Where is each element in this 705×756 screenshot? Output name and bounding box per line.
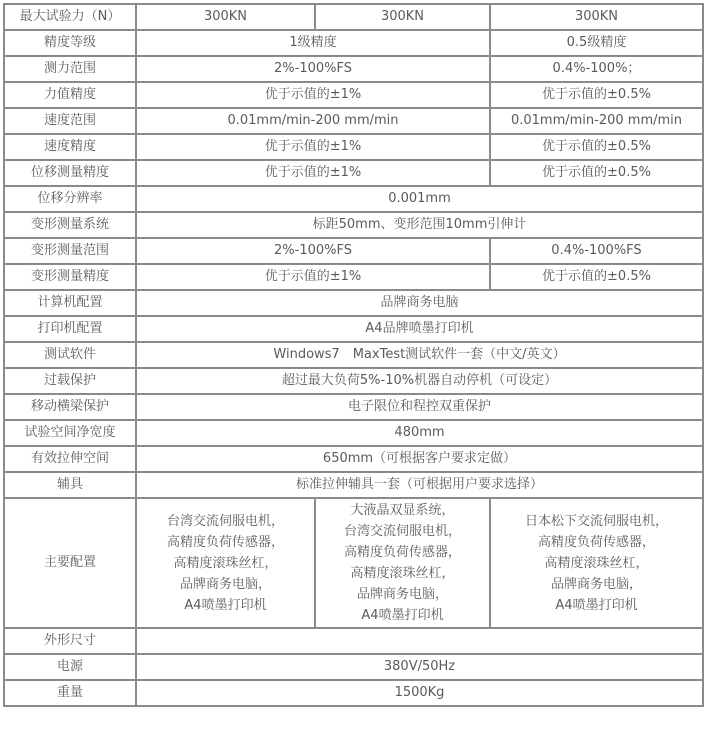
row-label: 外形尺寸 bbox=[4, 628, 136, 654]
cell-value: 0.01mm/min-200 mm/min bbox=[136, 108, 490, 134]
config-item: 高精度滚珠丝杠， bbox=[318, 563, 487, 584]
row-label: 打印机配置 bbox=[4, 316, 136, 342]
table-row: 速度范围 0.01mm/min-200 mm/min 0.01mm/min-20… bbox=[4, 108, 703, 134]
cell-value: 优于示值的±0.5% bbox=[490, 160, 703, 186]
cell-value: 0.4%-100%； bbox=[490, 56, 703, 82]
cell-value: 300KN bbox=[136, 4, 315, 30]
cell-value: 标准拉伸辅具一套（可根据用户要求选择） bbox=[136, 472, 703, 498]
table-row: 测试软件 Windows7 MaxTest测试软件一套（中文/英文） bbox=[4, 342, 703, 368]
row-label: 主要配置 bbox=[4, 498, 136, 628]
table-row: 计算机配置 品牌商务电脑 bbox=[4, 290, 703, 316]
row-label: 计算机配置 bbox=[4, 290, 136, 316]
cell-value: 300KN bbox=[315, 4, 490, 30]
row-label: 最大试验力（N） bbox=[4, 4, 136, 30]
config-item: 高精度滚珠丝杠， bbox=[139, 553, 312, 574]
cell-value: 2%-100%FS bbox=[136, 56, 490, 82]
row-label: 试验空间净宽度 bbox=[4, 420, 136, 446]
cell-value: 300KN bbox=[490, 4, 703, 30]
main-config-row: 主要配置 台湾交流伺服电机，高精度负荷传感器，高精度滚珠丝杠，品牌商务电脑，A4… bbox=[4, 498, 703, 628]
cell-value bbox=[136, 628, 703, 654]
config-list: 大液晶双显系统，台湾交流伺服电机，高精度负荷传感器，高精度滚珠丝杠，品牌商务电脑… bbox=[318, 500, 487, 626]
row-label: 移动横梁保护 bbox=[4, 394, 136, 420]
table-row: 过载保护 超过最大负荷5%-10%机器自动停机（可设定） bbox=[4, 368, 703, 394]
cell-value: 优于示值的±0.5% bbox=[490, 134, 703, 160]
row-label: 速度精度 bbox=[4, 134, 136, 160]
config-item: A4喷墨打印机 bbox=[493, 595, 700, 616]
table-row: 外形尺寸 bbox=[4, 628, 703, 654]
row-label: 变形测量精度 bbox=[4, 264, 136, 290]
config-item: 品牌商务电脑， bbox=[493, 574, 700, 595]
config-list: 日本松下交流伺服电机，高精度负荷传感器，高精度滚珠丝杠，品牌商务电脑，A4喷墨打… bbox=[493, 511, 700, 616]
row-label: 变形测量范围 bbox=[4, 238, 136, 264]
cell-value: 650mm（可根据客户要求定做） bbox=[136, 446, 703, 472]
cell-value: 电子限位和程控双重保护 bbox=[136, 394, 703, 420]
table-row: 位移分辨率 0.001mm bbox=[4, 186, 703, 212]
cell-value: 2%-100%FS bbox=[136, 238, 490, 264]
config-item: 日本松下交流伺服电机， bbox=[493, 511, 700, 532]
row-label: 测力范围 bbox=[4, 56, 136, 82]
cell-value: 优于示值的±0.5% bbox=[490, 82, 703, 108]
table-row: 电源 380V/50Hz bbox=[4, 654, 703, 680]
table-row: 变形测量范围 2%-100%FS 0.4%-100%FS bbox=[4, 238, 703, 264]
row-label: 位移分辨率 bbox=[4, 186, 136, 212]
table-row: 力值精度 优于示值的±1% 优于示值的±0.5% bbox=[4, 82, 703, 108]
config-item: 高精度负荷传感器， bbox=[318, 542, 487, 563]
config-item: 台湾交流伺服电机， bbox=[139, 511, 312, 532]
table-row: 打印机配置 A4品牌喷墨打印机 bbox=[4, 316, 703, 342]
row-label: 过载保护 bbox=[4, 368, 136, 394]
row-label: 重量 bbox=[4, 680, 136, 706]
cell-value: A4品牌喷墨打印机 bbox=[136, 316, 703, 342]
table-row: 位移测量精度 优于示值的±1% 优于示值的±0.5% bbox=[4, 160, 703, 186]
cell-value: 优于示值的±1% bbox=[136, 160, 490, 186]
row-label: 力值精度 bbox=[4, 82, 136, 108]
cell-value: 优于示值的±1% bbox=[136, 134, 490, 160]
table-row: 测力范围 2%-100%FS 0.4%-100%； bbox=[4, 56, 703, 82]
cell-value: 380V/50Hz bbox=[136, 654, 703, 680]
row-label: 精度等级 bbox=[4, 30, 136, 56]
spec-table: 最大试验力（N） 300KN 300KN 300KN 精度等级 1级精度 0.5… bbox=[3, 3, 704, 707]
main-config-col2: 大液晶双显系统，台湾交流伺服电机，高精度负荷传感器，高精度滚珠丝杠，品牌商务电脑… bbox=[315, 498, 490, 628]
cell-value: 0.001mm bbox=[136, 186, 703, 212]
row-label: 变形测量系统 bbox=[4, 212, 136, 238]
cell-value: 1级精度 bbox=[136, 30, 490, 56]
config-item: 高精度负荷传感器， bbox=[139, 532, 312, 553]
cell-value: 超过最大负荷5%-10%机器自动停机（可设定） bbox=[136, 368, 703, 394]
cell-value: 标距50mm、变形范围10mm引伸计 bbox=[136, 212, 703, 238]
table-row: 最大试验力（N） 300KN 300KN 300KN bbox=[4, 4, 703, 30]
table-row: 速度精度 优于示值的±1% 优于示值的±0.5% bbox=[4, 134, 703, 160]
cell-value: 优于示值的±1% bbox=[136, 82, 490, 108]
main-config-col3: 日本松下交流伺服电机，高精度负荷传感器，高精度滚珠丝杠，品牌商务电脑，A4喷墨打… bbox=[490, 498, 703, 628]
table-row: 精度等级 1级精度 0.5级精度 bbox=[4, 30, 703, 56]
row-label: 辅具 bbox=[4, 472, 136, 498]
table-row: 辅具 标准拉伸辅具一套（可根据用户要求选择） bbox=[4, 472, 703, 498]
row-label: 测试软件 bbox=[4, 342, 136, 368]
config-item: A4喷墨打印机 bbox=[318, 605, 487, 626]
row-label: 有效拉伸空间 bbox=[4, 446, 136, 472]
table-row: 重量 1500Kg bbox=[4, 680, 703, 706]
cell-value: Windows7 MaxTest测试软件一套（中文/英文） bbox=[136, 342, 703, 368]
cell-value: 0.01mm/min-200 mm/min bbox=[490, 108, 703, 134]
config-item: A4喷墨打印机 bbox=[139, 595, 312, 616]
config-item: 大液晶双显系统， bbox=[318, 500, 487, 521]
row-label: 速度范围 bbox=[4, 108, 136, 134]
table-row: 试验空间净宽度 480mm bbox=[4, 420, 703, 446]
config-list: 台湾交流伺服电机，高精度负荷传感器，高精度滚珠丝杠，品牌商务电脑，A4喷墨打印机 bbox=[139, 511, 312, 616]
cell-value: 优于示值的±1% bbox=[136, 264, 490, 290]
config-item: 高精度滚珠丝杠， bbox=[493, 553, 700, 574]
table-row: 移动横梁保护 电子限位和程控双重保护 bbox=[4, 394, 703, 420]
table-row: 变形测量精度 优于示值的±1% 优于示值的±0.5% bbox=[4, 264, 703, 290]
table-row: 变形测量系统 标距50mm、变形范围10mm引伸计 bbox=[4, 212, 703, 238]
row-label: 位移测量精度 bbox=[4, 160, 136, 186]
row-label: 电源 bbox=[4, 654, 136, 680]
config-item: 台湾交流伺服电机， bbox=[318, 521, 487, 542]
cell-value: 优于示值的±0.5% bbox=[490, 264, 703, 290]
main-config-col1: 台湾交流伺服电机，高精度负荷传感器，高精度滚珠丝杠，品牌商务电脑，A4喷墨打印机 bbox=[136, 498, 315, 628]
cell-value: 品牌商务电脑 bbox=[136, 290, 703, 316]
cell-value: 1500Kg bbox=[136, 680, 703, 706]
config-item: 高精度负荷传感器， bbox=[493, 532, 700, 553]
config-item: 品牌商务电脑， bbox=[139, 574, 312, 595]
cell-value: 0.4%-100%FS bbox=[490, 238, 703, 264]
cell-value: 480mm bbox=[136, 420, 703, 446]
table-row: 有效拉伸空间 650mm（可根据客户要求定做） bbox=[4, 446, 703, 472]
config-item: 品牌商务电脑， bbox=[318, 584, 487, 605]
cell-value: 0.5级精度 bbox=[490, 30, 703, 56]
